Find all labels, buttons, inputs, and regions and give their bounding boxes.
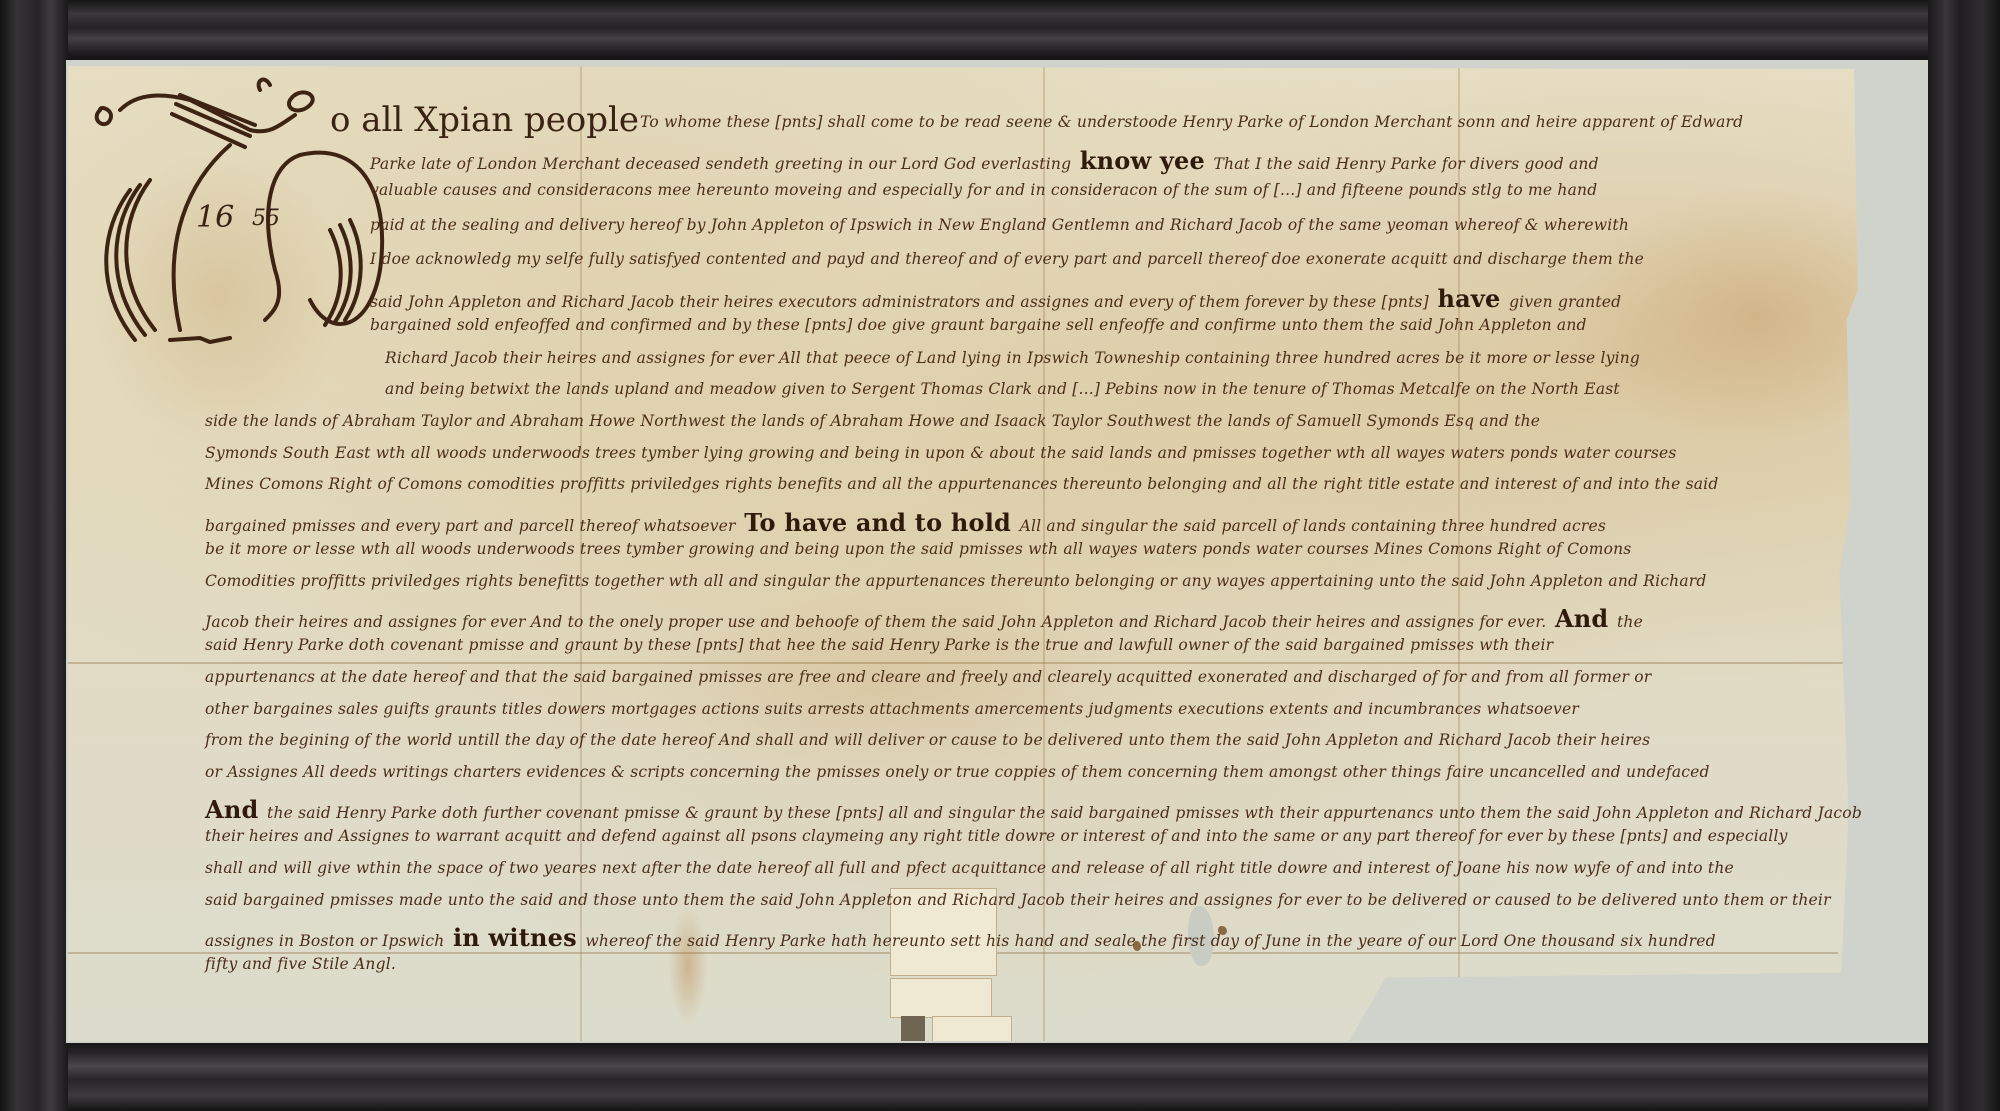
line-text-continued: That I the said Henry Parke for divers g… [1214,155,1599,173]
line-text: Comodities proffitts priviledges rights … [205,572,1707,590]
deed-text-line: and being betwixt the lands upland and m… [385,380,1620,398]
deed-text-line: said Henry Parke doth covenant pmisse an… [205,636,1553,654]
frame-bottom-molding [0,1041,2000,1111]
line-text: appurtenancs at the date hereof and that… [205,668,1651,686]
emphasized-phrase: know yee [1071,146,1213,175]
line-text: from the begining of the world untill th… [205,731,1650,749]
line-text: bargained pmisses and every part and par… [205,517,736,535]
opening-words: o all Xpian people [330,100,639,140]
line-text-continued: given granted [1509,293,1621,311]
emphasized-phrase: To have and to hold [736,508,1020,537]
year-right-digits: 55 [252,206,280,231]
line-text: Richard Jacob their heires and assignes … [385,349,1640,367]
line-text: and being betwixt the lands upland and m… [385,380,1620,398]
deed-text-line: from the begining of the world untill th… [205,731,1650,749]
deed-text-line: side the lands of Abraham Taylor and Abr… [205,412,1540,430]
line-text: said Henry Parke doth covenant pmisse an… [205,636,1553,654]
deed-text-line: their heires and Assignes to warrant acq… [205,827,1788,845]
deed-text-line: said bargained pmisses made unto the sai… [205,891,1831,909]
deed-text-line: appurtenancs at the date hereof and that… [205,668,1651,686]
line-text: said John Appleton and Richard Jacob the… [370,293,1429,311]
deed-text-line: Symonds South East wth all woods underwo… [205,444,1677,462]
line-text: shall and will give wthin the space of t… [205,859,1734,877]
deed-text-line: be it more or lesse wth all woods underw… [205,540,1631,558]
deed-text-line: bargained pmisses and every part and par… [205,508,1606,537]
line-text: other bargaines sales guifts graunts tit… [205,700,1579,718]
frame-right-molding [1928,0,2000,1111]
deed-text-line: other bargaines sales guifts graunts tit… [205,700,1579,718]
deed-text-line: Comodities proffitts priviledges rights … [205,572,1707,590]
year-left-digits: 16 [196,200,234,235]
deed-text-line: To whome these [pnts] shall come to be r… [640,113,1743,131]
line-text: Jacob their heires and assignes for ever… [205,613,1546,631]
deed-text-line: bargained sold enfeoffed and confirmed a… [370,316,1587,334]
emphasized-phrase: in witnes [444,923,585,952]
deed-text-line: And the said Henry Parke doth further co… [205,795,1862,824]
line-text: the said Henry Parke doth further covena… [267,804,1862,822]
deed-text-line: fifty and five Stile Angl. [205,955,396,973]
line-text: Parke late of London Merchant deceased s… [370,155,1071,173]
line-text: bargained sold enfeoffed and confirmed a… [370,316,1587,334]
frame-top-molding [0,0,2000,62]
line-text: side the lands of Abraham Taylor and Abr… [205,412,1540,430]
line-text: Mines Comons Right of Comons comodities … [205,475,1718,493]
frame-left-molding [0,0,68,1111]
deed-text-line: or Assignes All deeds writings charters … [205,763,1710,781]
line-text: To whome these [pnts] shall come to be r… [640,113,1743,131]
line-text: Symonds South East wth all woods underwo… [205,444,1677,462]
deed-text-line: paid at the sealing and delivery hereof … [370,216,1629,234]
deed-text-line: assignes in Boston or Ipswich in witnes … [205,923,1716,952]
line-text: assignes in Boston or Ipswich [205,932,444,950]
line-text: paid at the sealing and delivery hereof … [370,216,1629,234]
seal-tab [890,978,992,1018]
emphasized-phrase: And [205,795,267,824]
line-text: fifty and five Stile Angl. [205,955,396,973]
line-text-continued: whereof the said Henry Parke hath hereun… [585,932,1715,950]
deed-text-line: shall and will give wthin the space of t… [205,859,1734,877]
deed-text-line: Mines Comons Right of Comons comodities … [205,475,1718,493]
line-text: valuable causes and consideracons mee he… [370,181,1597,199]
deed-text-line: Jacob their heires and assignes for ever… [205,604,1643,633]
line-text: their heires and Assignes to warrant acq… [205,827,1788,845]
emphasized-phrase: And [1546,604,1617,633]
deed-text-line: I doe acknowledg my selfe fully satisfye… [370,250,1644,268]
line-text-continued: All and singular the said parcell of lan… [1020,517,1606,535]
deed-text-line: said John Appleton and Richard Jacob the… [370,284,1621,313]
deed-text-line: valuable causes and consideracons mee he… [370,181,1597,199]
line-text-continued: the [1617,613,1643,631]
deed-text-line: Richard Jacob their heires and assignes … [385,349,1640,367]
fold-crease [68,662,1888,664]
line-text: said bargained pmisses made unto the sai… [205,891,1831,909]
deed-text-line: Parke late of London Merchant deceased s… [370,146,1599,175]
line-text: or Assignes All deeds writings charters … [205,763,1710,781]
line-text: be it more or lesse wth all woods underw… [205,540,1631,558]
emphasized-phrase: have [1429,284,1509,313]
line-text: I doe acknowledg my selfe fully satisfye… [370,250,1644,268]
